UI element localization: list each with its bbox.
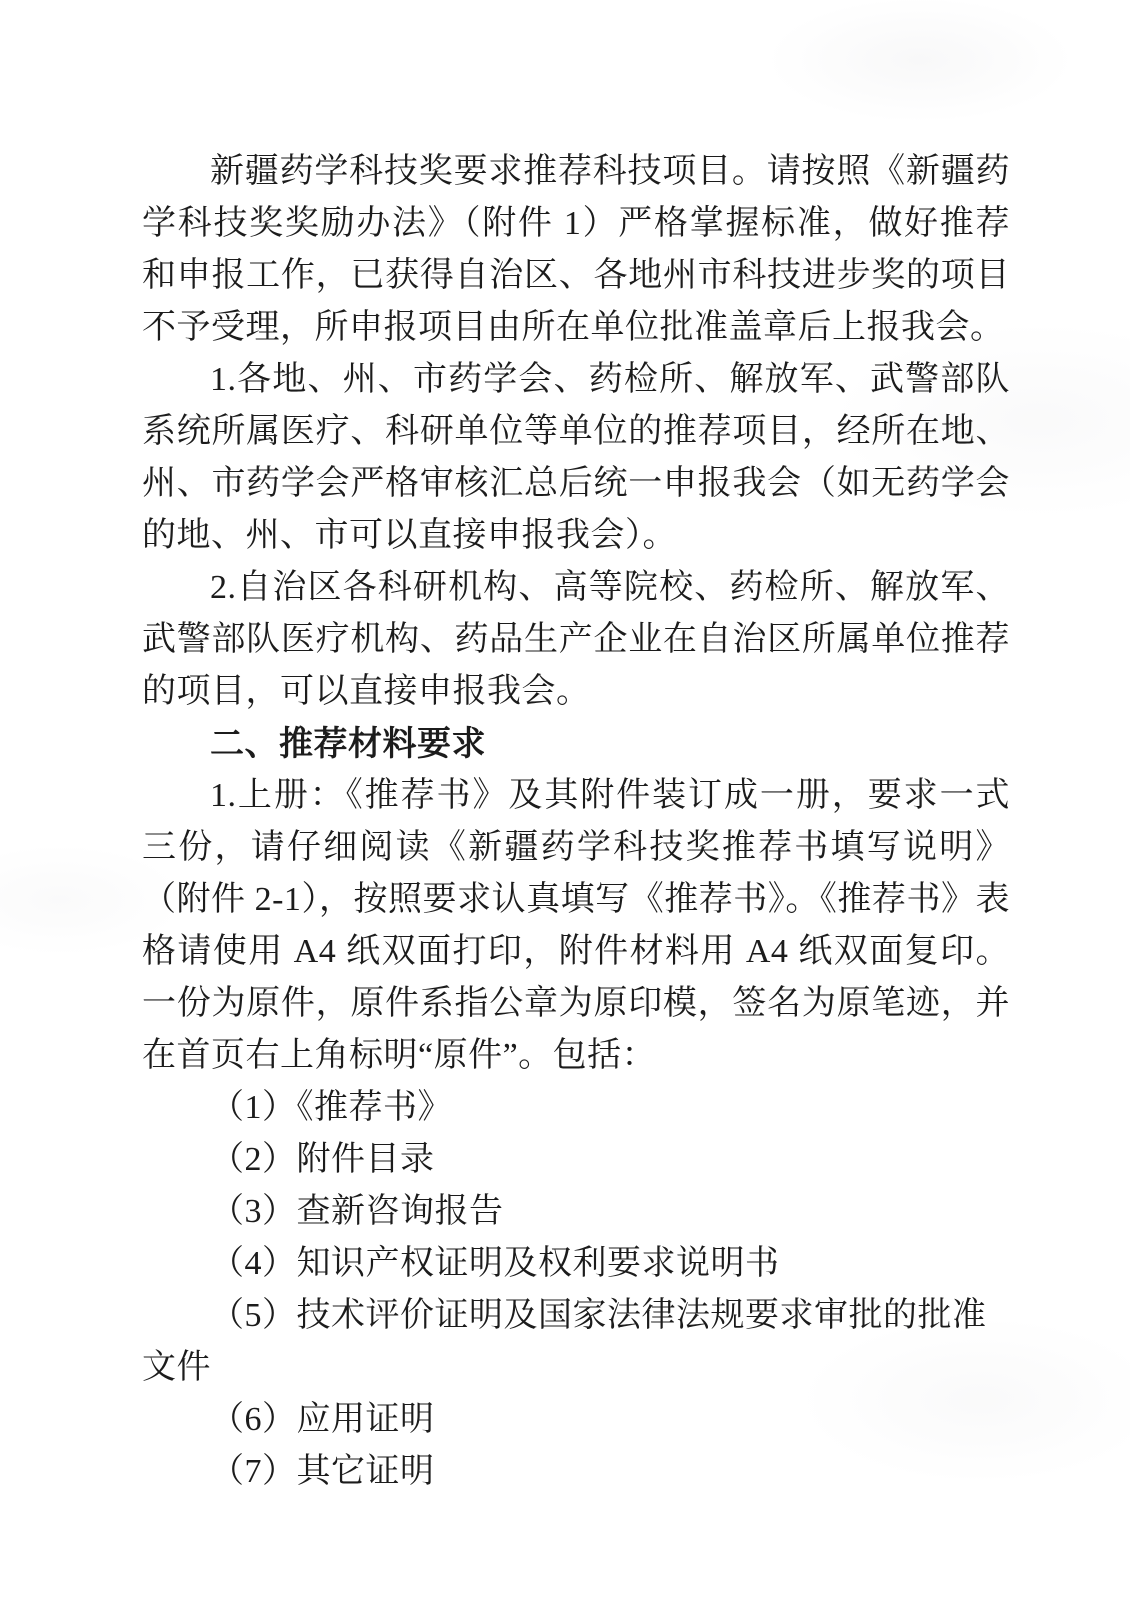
paragraph-item-1-local-societies: 1.各地、州、市药学会、药检所、解放军、武警部队系统所属医疗、科研单位等单位的推… bbox=[142, 354, 1010, 562]
attachment-list-item-4: （4）知识产权证明及权利要求说明书 bbox=[142, 1238, 1010, 1290]
attachment-list-item-3: （3）查新咨询报告 bbox=[142, 1186, 1010, 1238]
attachment-list-item-7: （7）其它证明 bbox=[142, 1446, 1010, 1498]
document-page: 新疆药学科技奖要求推荐科技项目。请按照《新疆药学科技奖奖励办法》（附件 1）严格… bbox=[0, 0, 1130, 1600]
section-heading-recommendation-materials: 二、推荐材料要求 bbox=[142, 718, 1010, 770]
attachment-list-item-5: （5）技术评价证明及国家法律法规要求审批的批准文件 bbox=[142, 1290, 1010, 1394]
attachment-list-item-1: （1）《推荐书》 bbox=[142, 1082, 1010, 1134]
attachment-list-item-2: （2）附件目录 bbox=[142, 1134, 1010, 1186]
paragraph-award-requirements: 新疆药学科技奖要求推荐科技项目。请按照《新疆药学科技奖奖励办法》（附件 1）严格… bbox=[142, 146, 1010, 354]
attachment-list-item-6: （6）应用证明 bbox=[142, 1394, 1010, 1446]
paragraph-volume-one-instructions: 1.上册：《推荐书》及其附件装订成一册，要求一式三份，请仔细阅读《新疆药学科技奖… bbox=[142, 770, 1010, 1082]
paragraph-item-2-regional-institutions: 2.自治区各科研机构、高等院校、药检所、解放军、武警部队医疗机构、药品生产企业在… bbox=[142, 562, 1010, 718]
document-body: 新疆药学科技奖要求推荐科技项目。请按照《新疆药学科技奖奖励办法》（附件 1）严格… bbox=[142, 146, 1010, 1498]
